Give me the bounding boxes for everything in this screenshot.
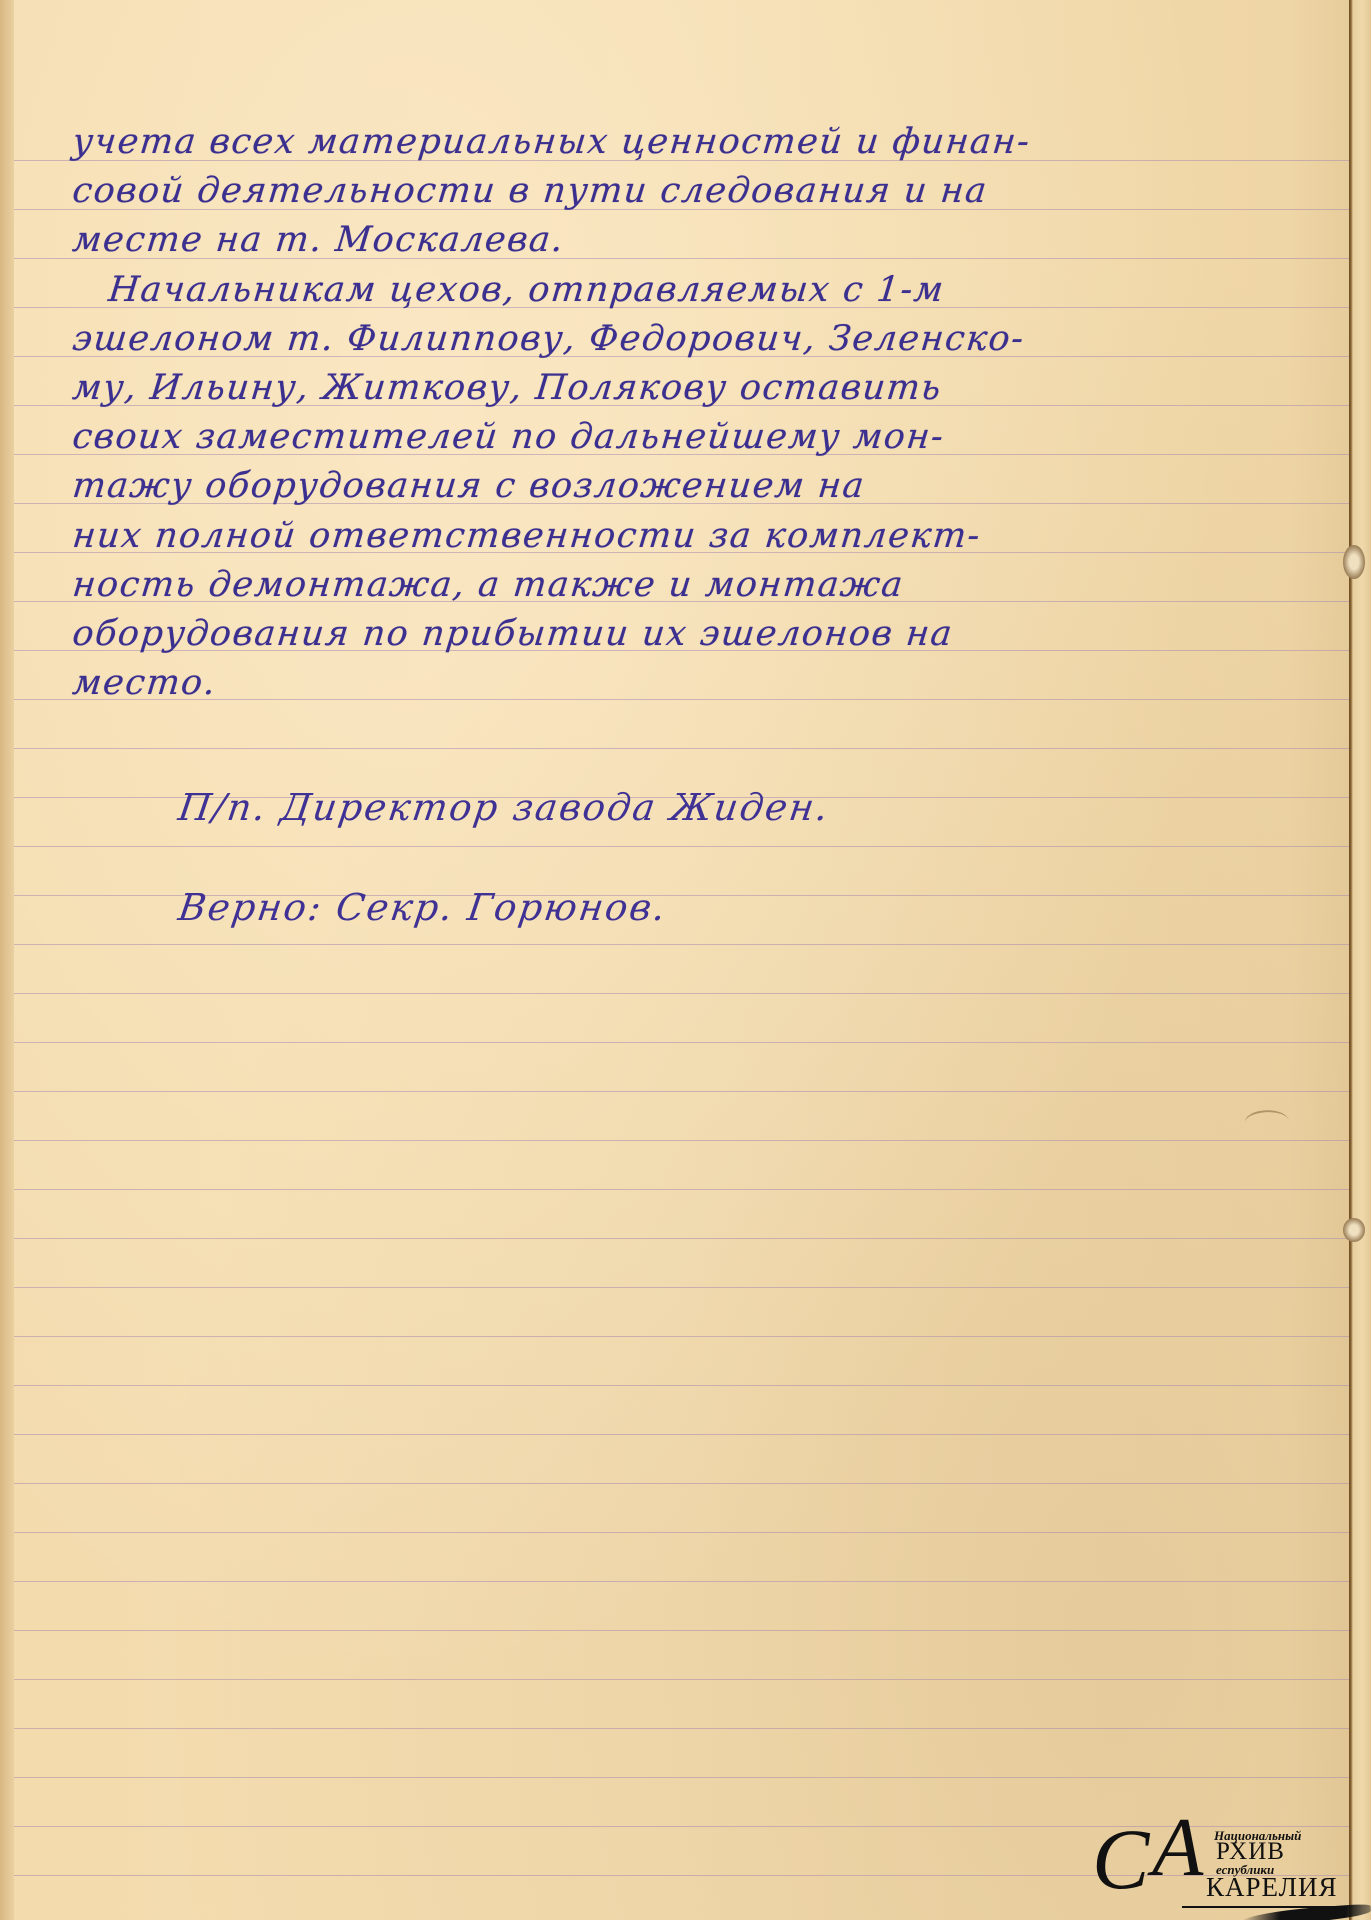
watermark-monogram-a: А [1152, 1806, 1203, 1890]
rule-line [14, 1630, 1349, 1631]
body-line: своих заместителей по дальнейшему мон- [70, 413, 1345, 462]
rule-line [14, 1336, 1349, 1337]
body-line: место. [70, 659, 1345, 708]
rule-line [14, 1189, 1349, 1190]
rule-line [14, 1483, 1349, 1484]
watermark-karelia-label: КАРЕЛИЯ [1206, 1872, 1337, 1903]
binding-tear [1343, 1218, 1365, 1242]
director-signature-line: П/п. Директор завода Жиден. [170, 770, 1284, 870]
rule-line [14, 1777, 1349, 1778]
rule-line [14, 1287, 1349, 1288]
rule-line [14, 1238, 1349, 1239]
body-line: му, Ильину, Житкову, Полякову оставить [70, 364, 1345, 413]
body-line: совой деятельности в пути следования и н… [70, 167, 1345, 216]
body-line: тажу оборудования с возложением на [70, 462, 1345, 511]
binding-tear [1343, 545, 1365, 579]
body-line: них полной ответственности за комплект- [70, 512, 1345, 561]
paper-crease-mark [1244, 1107, 1291, 1137]
certified-secretary-line: Верно: Секр. Горюнов. [170, 870, 1284, 970]
rule-line [14, 1679, 1349, 1680]
archive-watermark-logo: С А Национальный РХИВ еспублики КАРЕЛИЯ [1092, 1808, 1371, 1920]
handwritten-body: учета всех материальных ценностей и фина… [70, 118, 1340, 708]
rule-line [14, 1140, 1349, 1141]
rule-line [14, 1581, 1349, 1582]
body-line: эшелоном т. Филиппову, Федорович, Зеленс… [70, 315, 1345, 364]
body-line-paragraph-start: Начальникам цехов, отправляемых с 1-м [70, 266, 1345, 315]
signature-block: П/п. Директор завода Жиден. Верно: Секр.… [170, 770, 1270, 970]
body-line: ность демонтажа, а также и монтажа [70, 561, 1345, 610]
rule-line [14, 1385, 1349, 1386]
rule-line [14, 1728, 1349, 1729]
rule-line [14, 1532, 1349, 1533]
rule-line [14, 993, 1349, 994]
body-line: учета всех материальных ценностей и фина… [70, 118, 1345, 167]
watermark-monogram-c: С [1092, 1816, 1149, 1902]
rule-line [14, 1434, 1349, 1435]
rule-line [14, 1042, 1349, 1043]
rule-line [14, 748, 1349, 749]
body-line: месте на т. Москалева. [70, 216, 1345, 265]
body-line: оборудования по прибытии их эшелонов на [70, 610, 1345, 659]
page-left-edge [0, 0, 14, 1920]
archival-document-page: учета всех материальных ценностей и фина… [0, 0, 1371, 1920]
rule-line [14, 1091, 1349, 1092]
page-binding-edge [1349, 0, 1371, 1920]
